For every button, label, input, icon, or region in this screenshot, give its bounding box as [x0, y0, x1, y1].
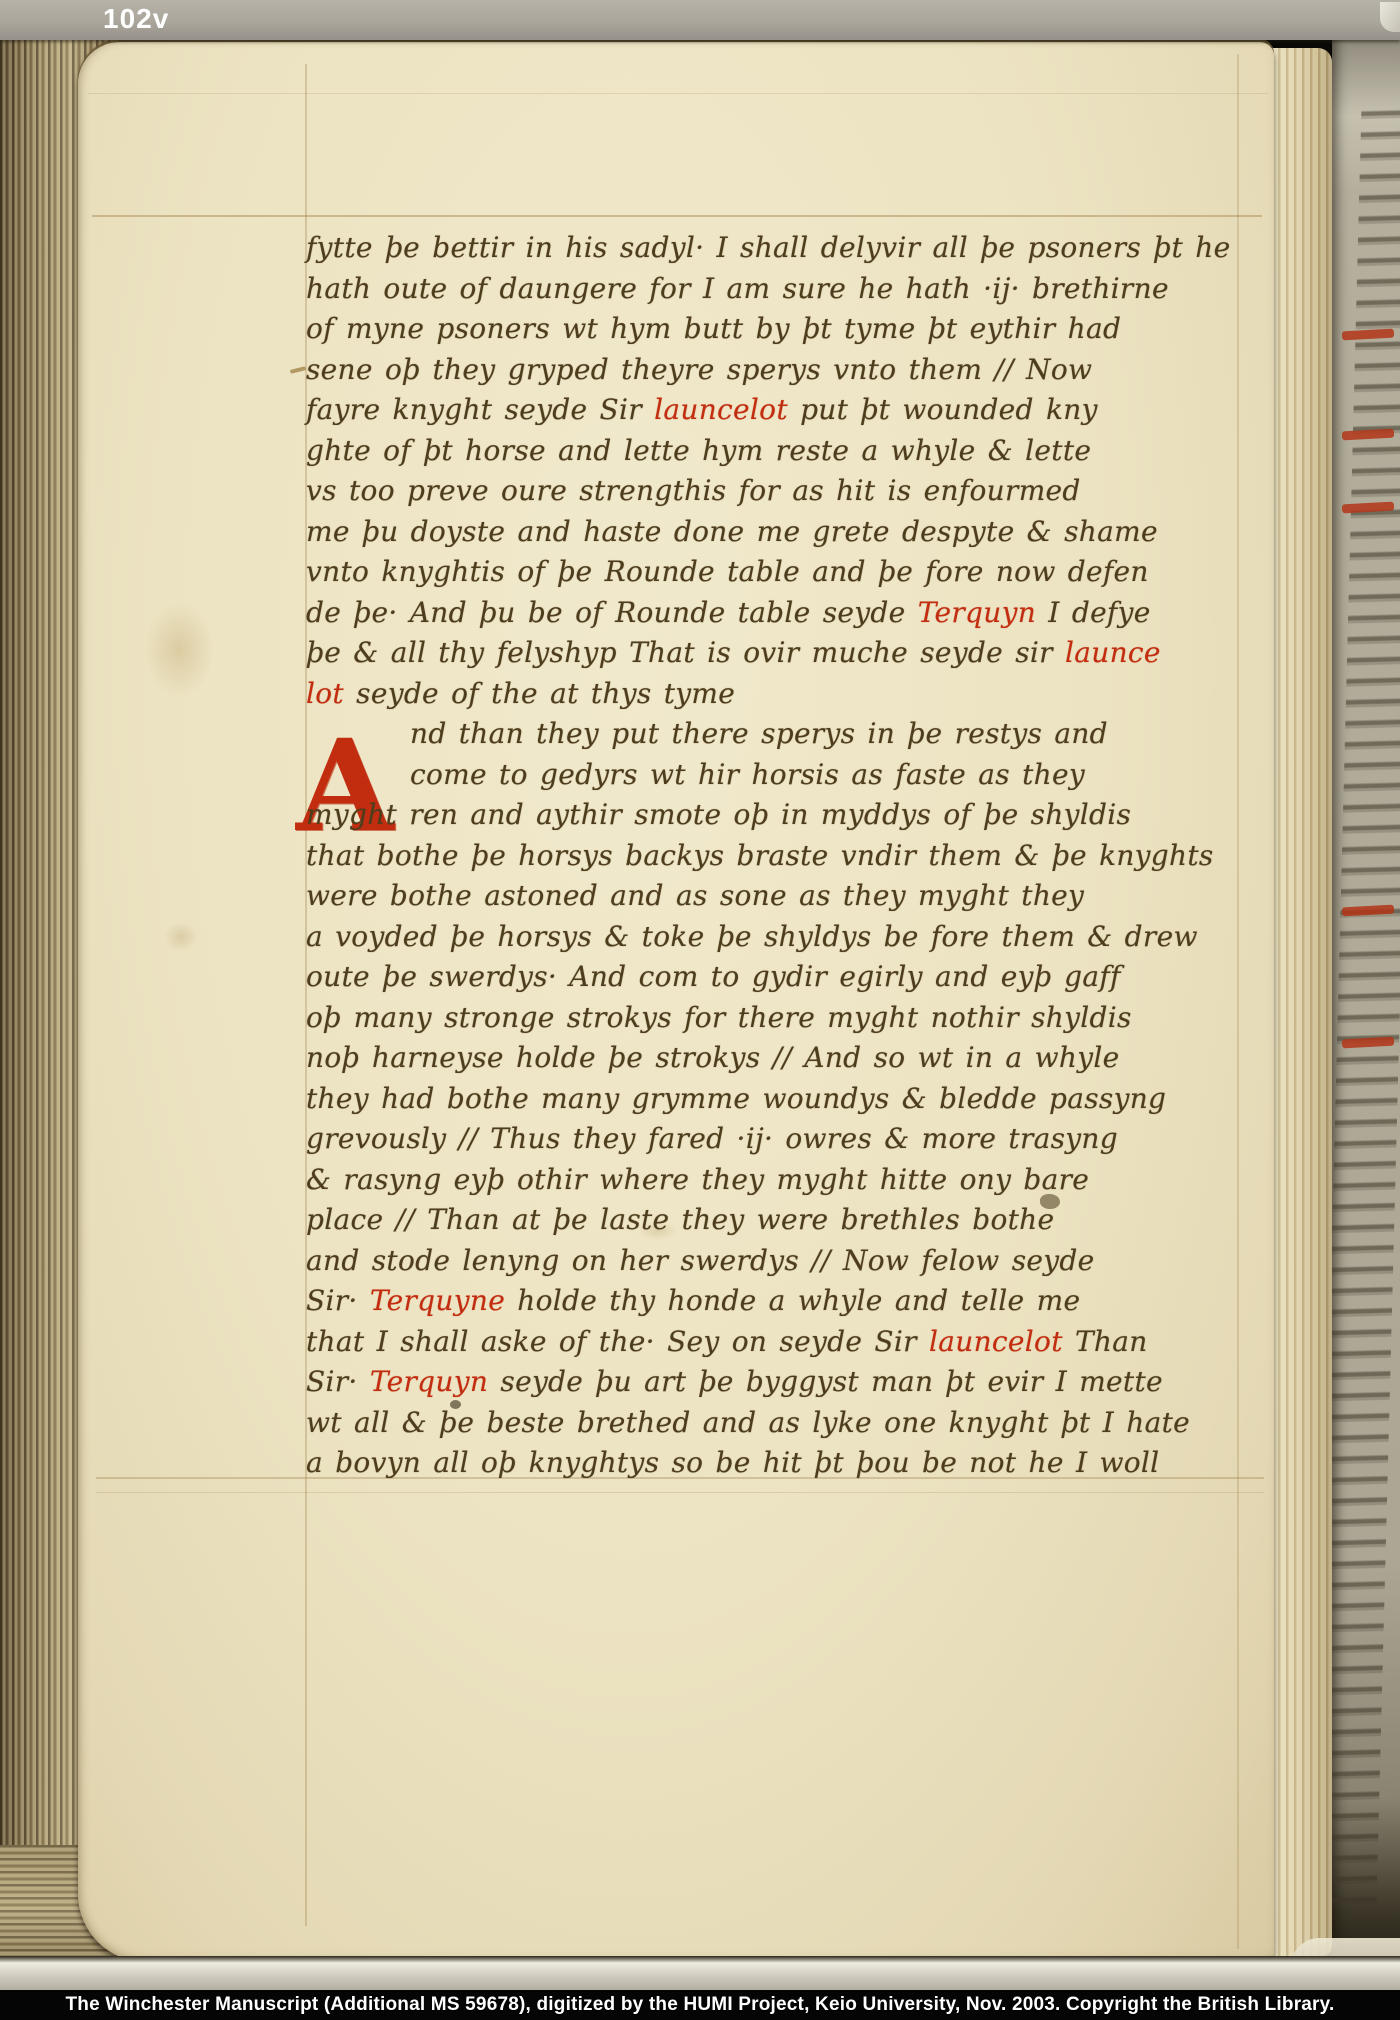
rubric-word: launcelot	[654, 393, 788, 426]
manuscript-line: ghte of þt horse and lette hym reste a w…	[306, 431, 1254, 472]
manuscript-line: fytte þe bettir in his sadyl· I shall de…	[306, 228, 1254, 269]
manuscript-line: lot seyde of the at thys tyme	[306, 674, 1254, 715]
manuscript-line: Sir· Terquyn seyde þu art þe byggyst man…	[306, 1362, 1254, 1403]
ruling-line	[88, 93, 1268, 94]
manuscript-line: fayre knyght seyde Sir launcelot put þt …	[306, 390, 1254, 431]
parchment-stain	[164, 922, 198, 952]
manuscript-line: þe & all thy felyshyp That is ovir muche…	[306, 633, 1254, 674]
manuscript-line: Sir· Terquyne holde thy honde a whyle an…	[306, 1281, 1254, 1322]
manuscript-page: A fytte þe bettir in his sadyl· I shall …	[78, 42, 1274, 1962]
ruling-line	[96, 1492, 1264, 1493]
folio-label: 102v	[103, 3, 169, 35]
rubric-word: Terquyn	[918, 596, 1036, 629]
text-block: fytte þe bettir in his sadyl· I shall de…	[306, 228, 1254, 1484]
manuscript-line: oute þe swerdys· And com to gydir egirly…	[306, 957, 1254, 998]
rubric-word: launcelot	[929, 1325, 1063, 1358]
manuscript-line: place // Than at þe laste they were bret…	[306, 1200, 1254, 1241]
rubric-word: Terquyn	[370, 1365, 488, 1398]
manuscript-line: me þu doyste and haste done me grete des…	[306, 512, 1254, 553]
manuscript-line: that I shall aske of the· Sey on seyde S…	[306, 1322, 1254, 1363]
table-edge	[0, 1956, 1400, 1994]
manuscript-line: vnto knyghtis of þe Rounde table and þe …	[306, 552, 1254, 593]
manuscript-line: vs too preve oure strengthis for as hit …	[306, 471, 1254, 512]
manuscript-line: wt all & þe beste brethed and as lyke on…	[306, 1403, 1254, 1444]
marginal-mark	[290, 366, 306, 374]
page-fore-edge	[1270, 48, 1332, 1956]
manuscript-line: noþ harneyse holde þe strokys // And so …	[306, 1038, 1254, 1079]
ruling-line	[92, 215, 1262, 217]
manuscript-line: nd than they put there sperys in þe rest…	[306, 714, 1254, 755]
manuscript-line: hath oute of daungere for I am sure he h…	[306, 269, 1254, 310]
rubric-word: Terquyne	[370, 1284, 505, 1317]
rubric-word: lot	[306, 677, 344, 710]
manuscript-line: & rasyng eyþ othir where they myght hitt…	[306, 1160, 1254, 1201]
manuscript-line: de þe· And þu be of Rounde table seyde T…	[306, 593, 1254, 634]
page-corner-tab	[1380, 2, 1400, 32]
manuscript-line: of myne psoners wt hym butt by þt tyme þ…	[306, 309, 1254, 350]
facing-page	[1332, 38, 1400, 1992]
manuscript-line: a bovyn all oþ knyghtys so be hit þt þou…	[306, 1443, 1254, 1484]
manuscript-line: myght ren and aythir smote oþ in myddys …	[306, 795, 1254, 836]
manuscript-photo: A fytte þe bettir in his sadyl· I shall …	[0, 0, 1400, 2020]
manuscript-line: come to gedyrs wt hir horsis as faste as…	[306, 755, 1254, 796]
manuscript-line: they had bothe many grymme woundys & ble…	[306, 1079, 1254, 1120]
manuscript-line: a voyded þe horsys & toke þe shyldys be …	[306, 917, 1254, 958]
caption-bar: The Winchester Manuscript (Additional MS…	[0, 1990, 1400, 2020]
rubric-word: launce	[1065, 636, 1161, 669]
caption-text: The Winchester Manuscript (Additional MS…	[66, 1994, 1335, 2016]
manuscript-line: sene oþ they gryped theyre sperys vnto t…	[306, 350, 1254, 391]
parchment-stain	[144, 602, 214, 697]
manuscript-line: were bothe astoned and as sone as they m…	[306, 876, 1254, 917]
top-band: 102v	[0, 0, 1400, 40]
manuscript-line: and stode lenyng on her swerdys // Now f…	[306, 1241, 1254, 1282]
manuscript-line: oþ many stronge strokys for there myght …	[306, 998, 1254, 1039]
manuscript-line: that bothe þe horsys backys braste vndir…	[306, 836, 1254, 877]
manuscript-line: grevously // Thus they fared ·ij· owres …	[306, 1119, 1254, 1160]
